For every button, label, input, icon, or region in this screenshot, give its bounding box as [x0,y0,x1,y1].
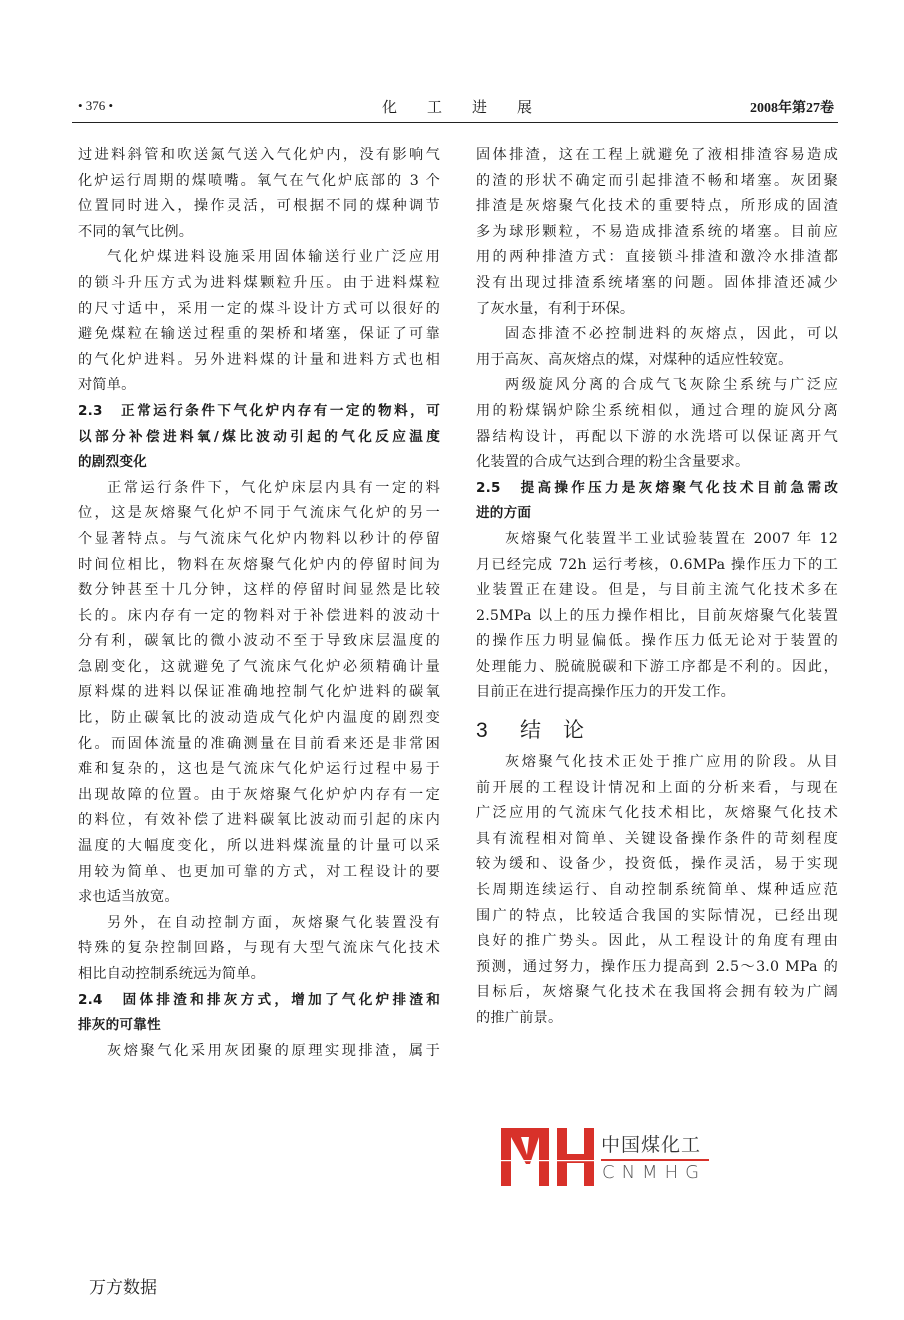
text-line: 化。而固体流量的准确测量在目前看来还是非常困 [78,732,440,758]
text-line: 围广的特点，比较适合我国的实际情况，已经出现 [476,904,838,930]
text-line: 比，防止碳氧比的波动造成气化炉内温度的剧烈变 [78,706,440,732]
logo-english-name: CNMHG [602,1162,706,1183]
text-line: 良好的推广势头。因此，从工程设计的角度有理由 [476,929,838,955]
text-line: 用的两种排渣方式：直接锁斗排渣和激冷水排渣都 [476,245,838,271]
right-column: 固体排渣，这在工程上就避免了液相排渣容易造成的渣的形状不确定而引起排渣不畅和堵塞… [476,143,838,1032]
text-line: 具有流程相对简单、关键设备操作条件的苛刻程度 [476,827,838,853]
text-line: 月已经完成 72h 运行考核，0.6MPa 操作压力下的工 [476,553,838,579]
text-line: 预测，通过努力，操作压力提高到 2.5～3.0 MPa 的 [476,955,838,981]
subsection-heading-line: 2.5 提高操作压力是灰熔聚气化技术目前急需改 [476,476,838,502]
text-line: 个显著特点。与气流床气化炉内物料以秒计的停留 [78,527,440,553]
paragraph-last-line: 的推广前景。 [476,1006,838,1032]
subsection-heading-line: 2.4 固体排渣和排灰方式，增加了气化炉排渣和 [78,988,440,1014]
section-heading: 3结论 [476,706,838,750]
text-line: 的渣的形状不确定而引起排渣不畅和堵塞。灰团聚 [476,169,838,195]
text-line: 数分钟甚至十几分钟，这样的停留时间显然是比较 [78,578,440,604]
source-watermark: 万方数据 [89,1273,157,1298]
text-line: 用的粉煤锅炉除尘系统相似，通过合理的旋风分离 [476,399,838,425]
text-line: 没有出现过排渣系统堵塞的问题。固体排渣还减少 [476,271,838,297]
section-title: 结论 [520,718,606,742]
text-line: 出现故障的位置。由于灰熔聚气化炉炉内存有一定 [78,783,440,809]
text-line: 多为球形颗粒，不易造成排渣系统的堵塞。目前应 [476,220,838,246]
header-rule [72,122,838,123]
running-header: • 376 • 化工进展 2008年第27卷 [72,96,838,118]
text-line: 温度的大幅度变化，所以进料煤流量的计量可以采 [78,834,440,860]
text-line: 急剧变化，这就避免了气流床气化炉必须精确计量 [78,655,440,681]
text-line: 原料煤的进料以保证准确地控制气化炉进料的碳氧 [78,680,440,706]
paragraph-last-line: 不同的氧气比例。 [78,220,440,246]
paragraph-last-line: 用于高灰、高灰熔点的煤，对煤种的适应性较宽。 [476,348,838,374]
paragraph-last-line: 求也适当放宽。 [78,885,440,911]
text-line: 处理能力、脱硫脱碳和下游工序都是不利的。因此， [476,655,838,681]
text-line: 特殊的复杂控制回路，与现有大型气流床气化技术 [78,936,440,962]
subsection-heading-line: 进的方面 [476,501,838,527]
paragraph-first-line: 正常运行条件下，气化炉床层内具有一定的料 [78,476,440,502]
mh-logo-mark-icon [501,1128,594,1186]
text-line: 位置同时进入，操作灵活，可根据不同的煤种调节 [78,194,440,220]
text-line: 用较为简单、也更加可靠的方式，对工程设计的要 [78,860,440,886]
text-line: 2.5MPa 以上的压力操作相比，目前灰熔聚气化装置 [476,604,838,630]
paragraph-last-line: 目前正在进行提高操作压力的开发工作。 [476,680,838,706]
text-line: 避免煤粒在输送过程重的架桥和堵塞，保证了可靠 [78,322,440,348]
paragraph-first-line: 气化炉煤进料设施采用固体输送行业广泛应用 [78,245,440,271]
text-line: 器结构设计，再配以下游的水洗塔可以保证离开气 [476,425,838,451]
text-line: 化炉运行周期的煤喷嘴。氧气在气化炉底部的 3 个 [78,169,440,195]
paragraph-first-line: 另外，在自动控制方面，灰熔聚气化装置没有 [78,911,440,937]
text-line: 难和复杂的，这也是气流床气化炉运行过程中易于 [78,757,440,783]
paragraph-last-line: 了灰水量，有利于环保。 [476,297,838,323]
text-line: 目标后，灰熔聚气化技术在我国将会拥有较为广阔 [476,980,838,1006]
paragraph-first-line: 两级旋风分离的合成气飞灰除尘系统与广泛应 [476,373,838,399]
page-number: • 376 • [78,98,113,114]
journal-title: 化工进展 [382,96,562,117]
paragraph-first-line: 灰熔聚气化采用灰团聚的原理实现排渣，属于 [78,1039,440,1065]
volume-info: 2008年第27卷 [750,97,834,117]
text-line: 的料位，有效补偿了进料碳氧比波动而引起的床内 [78,808,440,834]
text-line: 长周期连续运行、自动控制系统简单、煤种适应范 [476,878,838,904]
subsection-heading-line: 的剧烈变化 [78,450,440,476]
paragraph-first-line: 灰熔聚气化技术正处于推广应用的阶段。从目 [476,750,838,776]
paragraph-last-line: 化装置的合成气达到合理的粉尘含量要求。 [476,450,838,476]
text-line: 前开展的工程设计情况和上面的分析来看，与现在 [476,776,838,802]
paragraph-first-line: 灰熔聚气化装置半工业试验装置在 2007 年 12 [476,527,838,553]
text-line: 广泛应用的气流床气化技术相比，灰熔聚气化技术 [476,801,838,827]
text-line: 长的。床内存有一定的物料对于补偿进料的波动十 [78,604,440,630]
text-line: 的操作压力明显偏低。操作压力低无论对于装置的 [476,629,838,655]
text-line: 时间位相比，物料在灰熔聚气化炉内的停留时间为 [78,553,440,579]
subsection-heading-line: 2.3 正常运行条件下气化炉内存有一定的物料，可 [78,399,440,425]
text-line: 分有利，碳氧比的微小波动不至于导致床层温度的 [78,629,440,655]
paragraph-first-line: 固态排渣不必控制进料的灰熔点，因此，可以 [476,322,838,348]
text-line: 固体排渣，这在工程上就避免了液相排渣容易造成 [476,143,838,169]
text-line: 排渣是灰熔聚气化技术的重要特点，所形成的固渣 [476,194,838,220]
paragraph-last-line: 对简单。 [78,373,440,399]
text-line: 过进料斜管和吹送氮气送入气化炉内，没有影响气 [78,143,440,169]
paragraph-last-line: 相比自动控制系统远为简单。 [78,962,440,988]
section-number: 3 [476,711,520,751]
logo-divider [601,1159,709,1161]
text-line: 较为缓和、设备少，投资低，操作灵活，易于实现 [476,852,838,878]
text-line: 的锁斗升压方式为进料煤颗粒升压。由于进料煤粒 [78,271,440,297]
text-line: 业装置正在建设。但是，与目前主流气化技术多在 [476,578,838,604]
text-line: 位，这是灰熔聚气化炉不同于气流床气化炉的另一 [78,501,440,527]
logo-chinese-name: 中国煤化工 [601,1130,701,1157]
left-column: 过进料斜管和吹送氮气送入气化炉内，没有影响气化炉运行周期的煤喷嘴。氧气在气化炉底… [78,143,440,1064]
subsection-heading-line: 排灰的可靠性 [78,1013,440,1039]
text-line: 的气化炉进料。另外进料煤的计量和进料方式也相 [78,348,440,374]
cnmhg-logo: 中国煤化工 CNMHG [501,1128,711,1188]
subsection-heading-line: 以部分补偿进料氧/煤比波动引起的气化反应温度 [78,425,440,451]
text-line: 的尺寸适中，采用一定的煤斗设计方式可以很好的 [78,297,440,323]
